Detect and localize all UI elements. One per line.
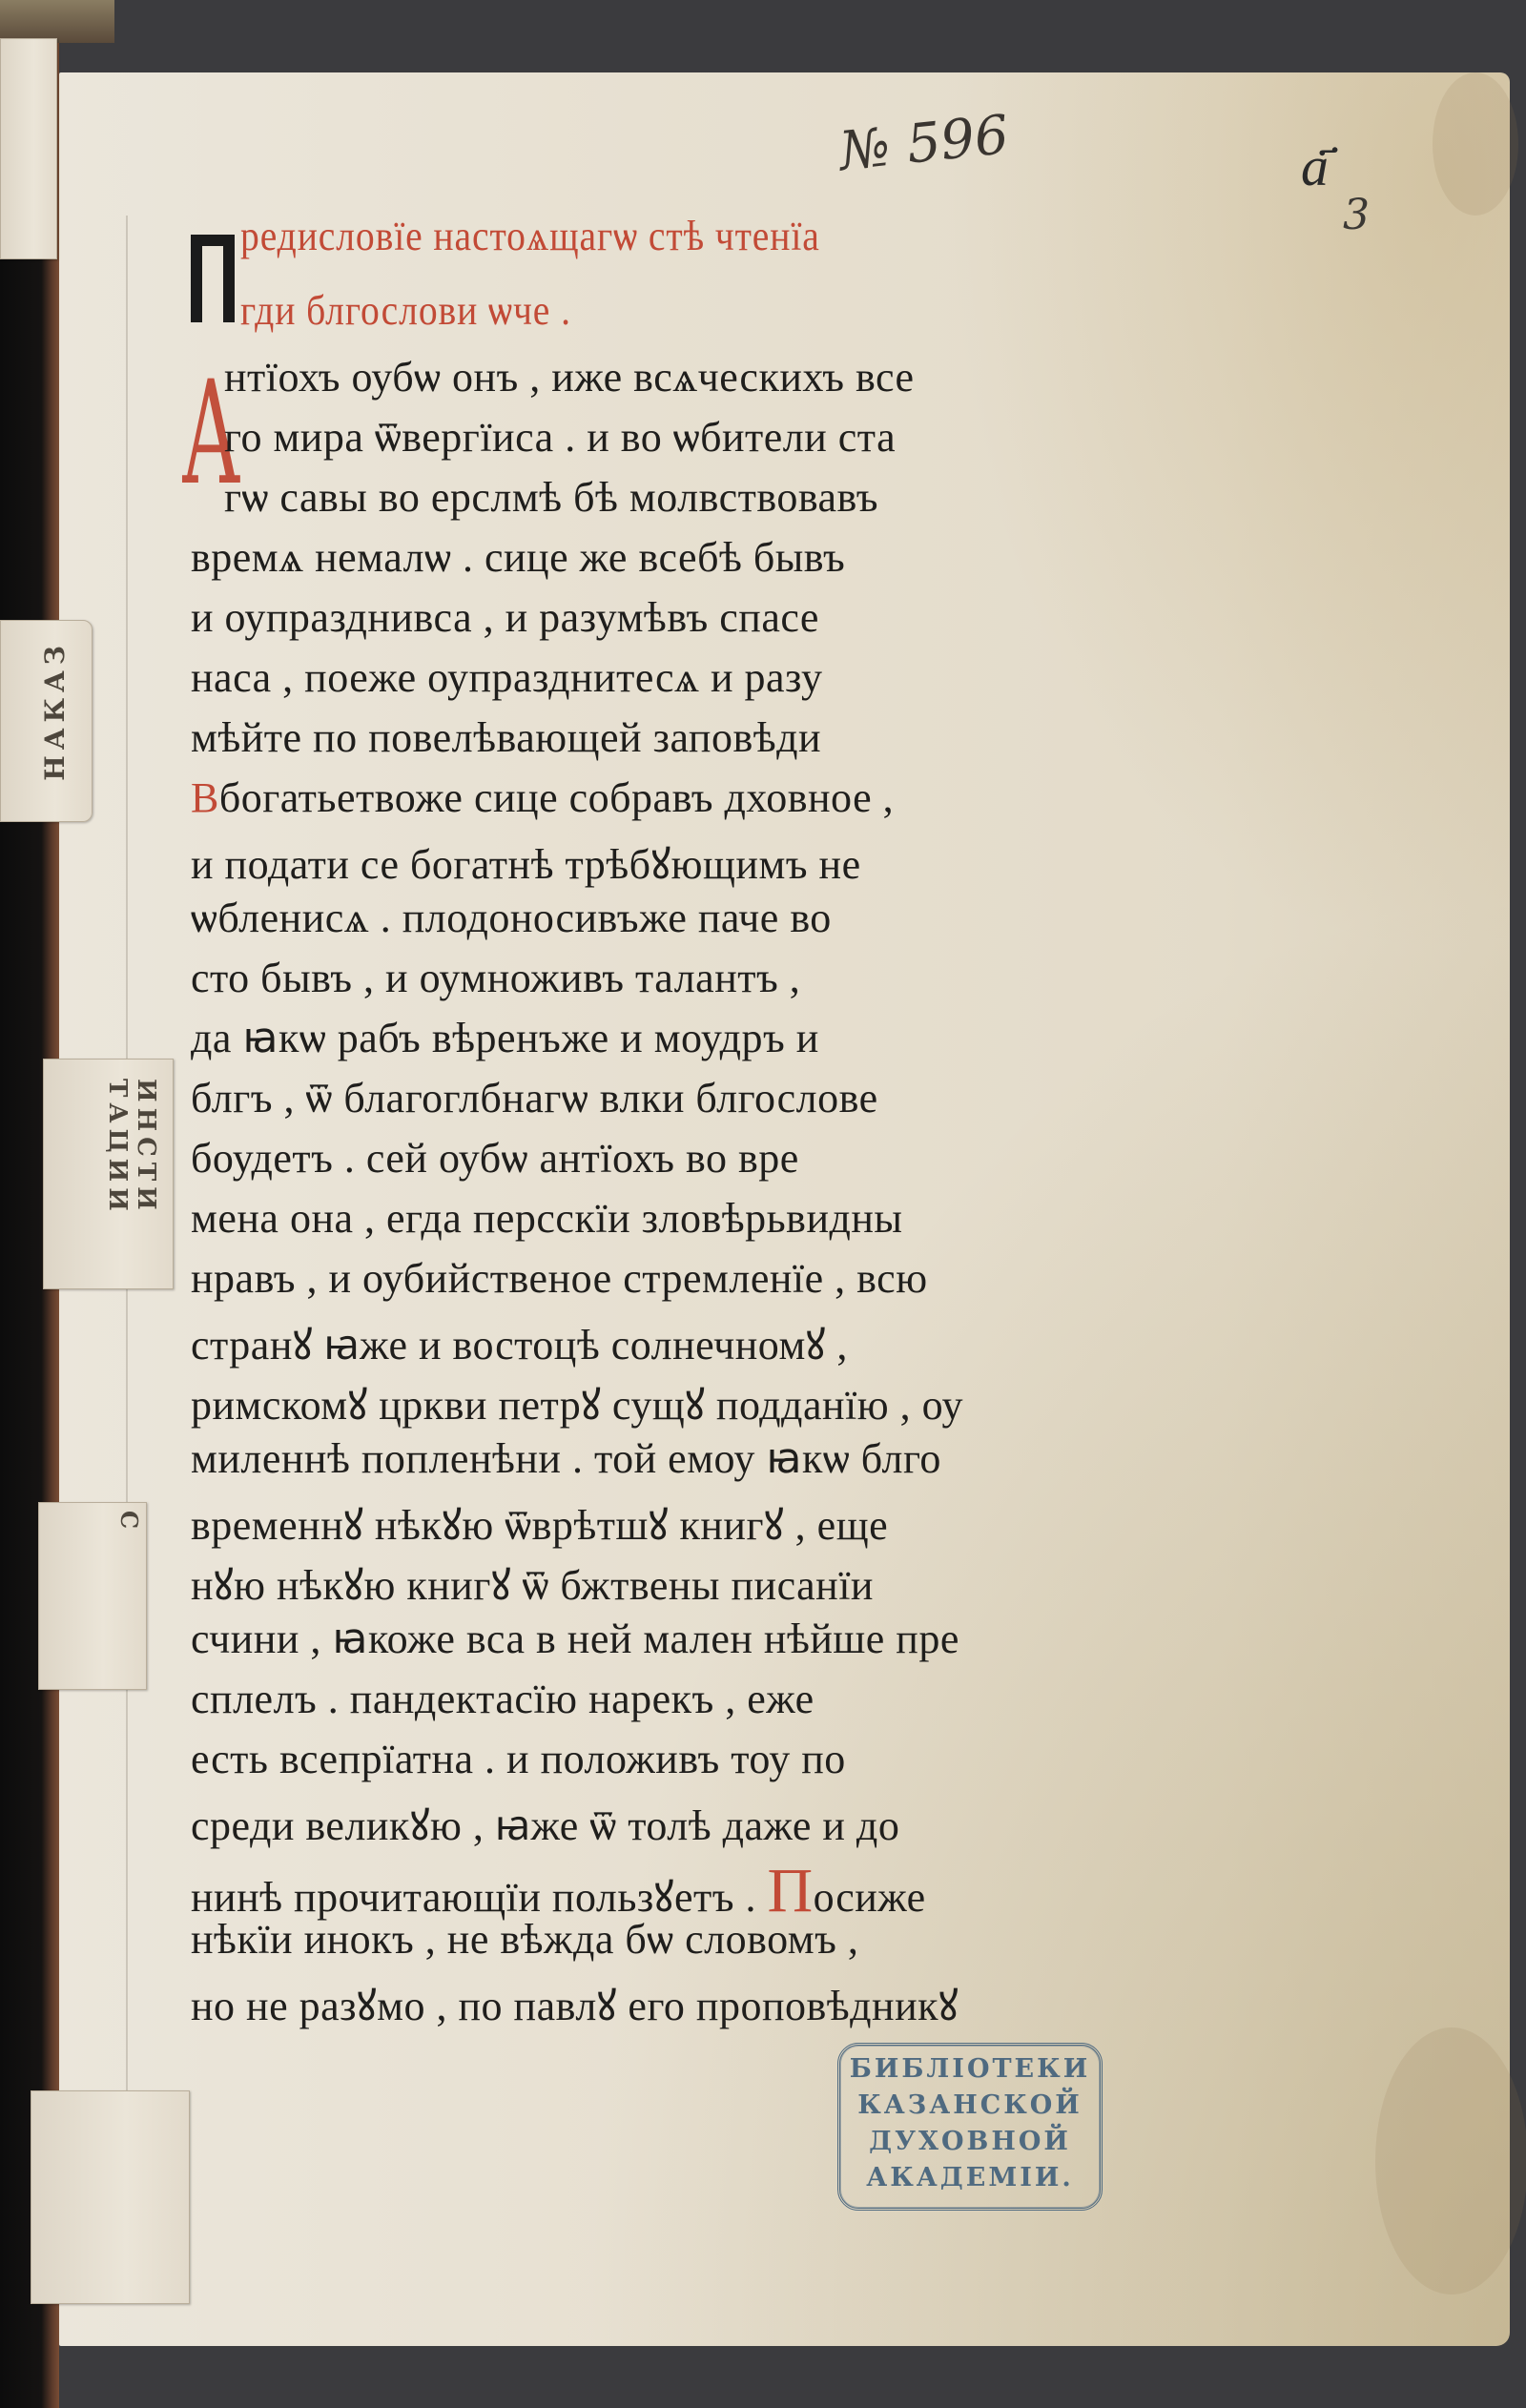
paper-stain <box>1375 2027 1526 2295</box>
folio-pencil-number: 3 <box>1343 191 1370 239</box>
text-line: римскомꙋ цркви петрꙋ сущꙋ подданїю , оу <box>191 1374 963 1431</box>
text-line-content: осиже <box>814 1874 926 1921</box>
folio-number: а҃ <box>1301 134 1329 198</box>
text-line: гѡ савы во ерслмѣ бѣ молвствовавъ <box>224 473 878 522</box>
text-line-content: нинѣ прочитающїи пользꙋетъ . <box>191 1874 756 1921</box>
text-line: нтїохъ оубѡ онъ , иже всѧческихъ все <box>224 353 915 401</box>
library-stamp: БИБЛІОТЕКИ КАЗАНСКОЙ ДУХОВНОЙ АКАДЕМІИ. <box>837 2043 1103 2211</box>
text-line: сто бывъ , и оумноживъ талантъ , <box>191 954 800 1002</box>
text-line: ѡбленисѧ . плодоносивъже паче во <box>191 894 832 942</box>
text-line: нꙋю нѣкꙋю книгꙋ ѿ бжтвены писанїи <box>191 1554 874 1612</box>
initial-letter-black <box>191 235 235 322</box>
text-line: нѣкїи инокъ , не вѣжда бѡ словомъ , <box>191 1915 858 1964</box>
text-line: и оупразднивса , и разумѣвъ спасе <box>191 593 819 642</box>
text-line: го мира ѿвергїиса . и во ѡбители ста <box>224 413 896 462</box>
paper-slip-tab: С <box>38 1502 147 1690</box>
text-line: но не разꙋмо , по павлꙋ его проповѣдникꙋ <box>191 1975 959 2032</box>
paper-slip-tab: НАКАЗ <box>0 620 93 822</box>
text-line: и подати се богатнѣ трѣбꙋющимъ не <box>191 834 861 891</box>
text-line: времѧ немалѡ . сице же всебѣ бывъ <box>191 533 845 582</box>
heading-line-2: гди блгослови ѡче . <box>240 286 571 335</box>
text-line: боудетъ . сей оубѡ антїохъ во вре <box>191 1134 799 1183</box>
text-line: да ꙗкѡ рабъ вѣренъже и моудръ и <box>191 1014 819 1062</box>
paper-slip-top <box>0 38 57 259</box>
text-line: среди великꙋю , ꙗже ѿ толѣ даже и до <box>191 1795 899 1852</box>
text-line: есть всепрїатна . и положивъ тоу по <box>191 1735 846 1783</box>
text-line: странꙋ ꙗже и востоцѣ солнечномꙋ , <box>191 1314 848 1371</box>
text-line: счини , ꙗкоже вса в ней мален нѣйше пре <box>191 1615 959 1663</box>
text-line: Вбогатьетвоже сице собравъ дховное , <box>191 773 894 822</box>
stamp-line: ДУХОВНОЙ <box>840 2124 1100 2160</box>
stamp-line: КАЗАНСКОЙ <box>840 2088 1100 2124</box>
stamp-line: АКАДЕМІИ. <box>840 2160 1100 2196</box>
tab-label: ИНСТИ ТАЦИИ <box>55 1079 160 1288</box>
paper-slip-bottom <box>31 2090 190 2304</box>
text-line: мѣйте по повелѣвающей заповѣди <box>191 713 821 762</box>
binding-cord <box>0 0 114 43</box>
stamp-line: БИБЛІОТЕКИ <box>840 2051 1100 2088</box>
tab-label: С <box>115 1511 143 1534</box>
text-line-content: богатьетвоже сице собравъ дховное , <box>219 774 894 821</box>
rubric-initial: В <box>191 774 219 821</box>
paper-slip-tab: ИНСТИ ТАЦИИ <box>43 1059 174 1289</box>
tab-label: НАКАЗ <box>39 640 71 781</box>
text-line: нравъ , и оубийственое стремленїе , всю <box>191 1254 928 1303</box>
paper-stain <box>1433 72 1518 216</box>
text-line: сплелъ . пандектасїю нарекъ , еже <box>191 1675 815 1723</box>
text-line: миленнѣ попленѣни . той емоу ꙗкѡ блго <box>191 1434 941 1483</box>
text-line: блгъ , ѿ благоглбнагѡ влки блгослове <box>191 1074 878 1122</box>
text-line: мена она , егда персскїи зловѣрьвидны <box>191 1194 903 1243</box>
heading-line-1: редисловїе настоѧщагѡ стѣ чтенїа <box>240 212 820 260</box>
text-line: временнꙋ нѣкꙋю ѿврѣтшꙋ книгꙋ , еще <box>191 1494 888 1552</box>
text-line: наса , поеже оупразднитесѧ и разу <box>191 653 822 702</box>
